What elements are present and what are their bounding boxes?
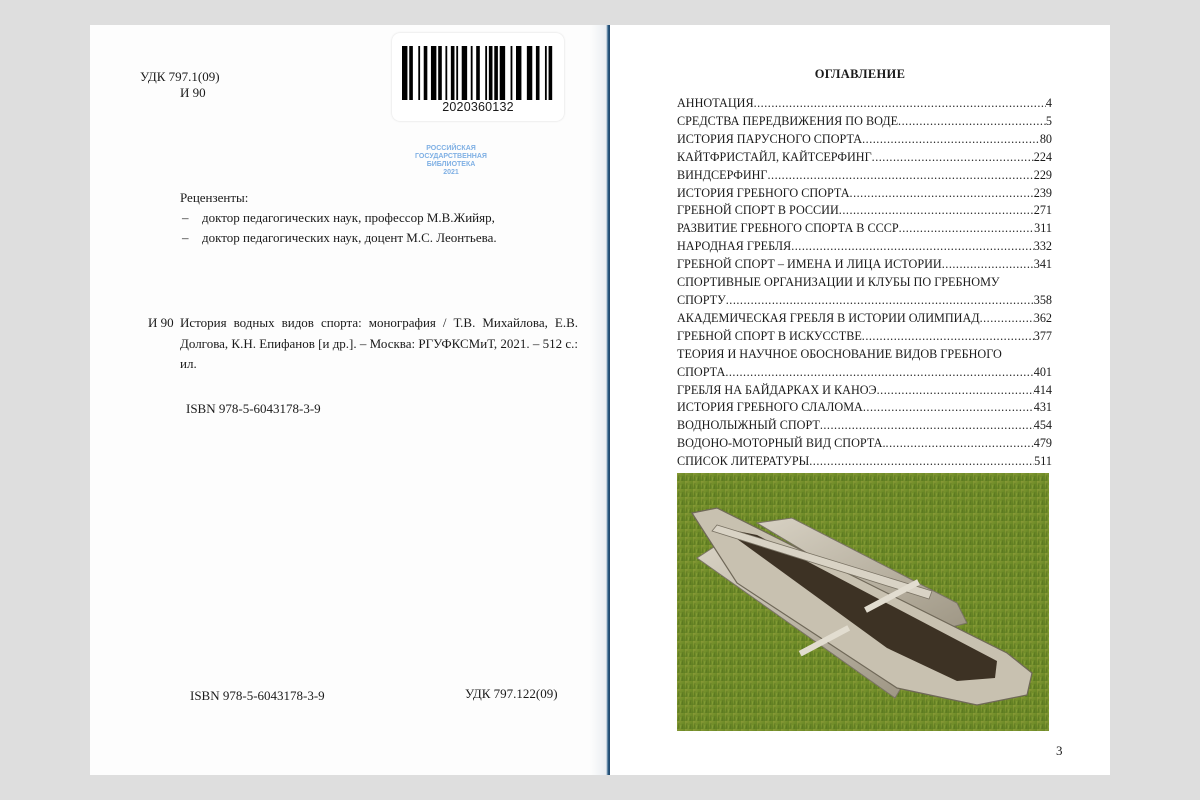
record-code: И 90 bbox=[148, 313, 174, 334]
leader-dots bbox=[877, 382, 1034, 400]
toc-entry-title: СПОРТИВНЫЕ ОРГАНИЗАЦИИ И КЛУБЫ ПО ГРЕБНО… bbox=[677, 274, 1052, 292]
toc-entry-page: 239 bbox=[1034, 185, 1052, 203]
toc-entry-page: 401 bbox=[1034, 364, 1052, 382]
toc-entry: НАРОДНАЯ ГРЕБЛЯ332 bbox=[677, 238, 1052, 256]
toc-entry: ВОДНОЛЫЖНЫЙ СПОРТ454 bbox=[677, 417, 1052, 435]
reviewer-text: доктор педагогических наук, профессор М.… bbox=[202, 210, 495, 225]
toc-entry-page: 511 bbox=[1034, 453, 1052, 471]
toc-entry-page: 377 bbox=[1034, 328, 1052, 346]
toc-entry: ВИНДСЕРФИНГ229 bbox=[677, 167, 1052, 185]
footer-isbn: ISBN 978-5-6043178-3-9 bbox=[190, 688, 325, 704]
stamp-line: БИБЛИОТЕКА bbox=[396, 161, 506, 169]
leader-dots bbox=[898, 113, 1046, 131]
toc-entry-title: ВОДОНО-МОТОРНЫЙ ВИД СПОРТА. bbox=[677, 435, 886, 453]
leader-dots bbox=[886, 435, 1034, 453]
toc-entry-page: 341 bbox=[1034, 256, 1052, 274]
reviewer-item: –доктор педагогических наук, доцент М.С.… bbox=[180, 228, 497, 248]
left-page: УДК 797.1(09) И 90 2020360132 РОССИЙСКАЯ… bbox=[90, 25, 610, 775]
toc-entry-page: 414 bbox=[1034, 382, 1052, 400]
udk-code: УДК 797.1(09) bbox=[140, 69, 220, 85]
toc-entry-page: 4 bbox=[1046, 95, 1052, 113]
toc-entry: СРЕДСТВА ПЕРЕДВИЖЕНИЯ ПО ВОДЕ5 bbox=[677, 113, 1052, 131]
leader-dots bbox=[754, 95, 1046, 113]
boat-photo-illustration bbox=[677, 473, 1049, 731]
toc-entry-page: 454 bbox=[1034, 417, 1052, 435]
toc-entry: ГРЕБЛЯ НА БАЙДАРКАХ И КАНОЭ414 bbox=[677, 382, 1052, 400]
toc-entry-page: 271 bbox=[1034, 202, 1052, 220]
toc-entry: СПИСОК ЛИТЕРАТУРЫ511 bbox=[677, 453, 1052, 471]
spine-shadow bbox=[590, 25, 606, 775]
toc-entry-page: 332 bbox=[1034, 238, 1052, 256]
leader-dots bbox=[820, 417, 1034, 435]
reviewer-text: доктор педагогических наук, доцент М.С. … bbox=[202, 230, 497, 245]
toc-entry-title: АННОТАЦИЯ bbox=[677, 95, 754, 113]
toc-entry-page: 5 bbox=[1046, 113, 1052, 131]
record-text: История водных видов спорта: монография … bbox=[180, 313, 578, 375]
toc-entry-title: ГРЕБНОЙ СПОРТ – ИМЕНА И ЛИЦА ИСТОРИИ bbox=[677, 256, 942, 274]
isbn: ISBN 978-5-6043178-3-9 bbox=[186, 401, 321, 417]
toc-entry-page: 431 bbox=[1034, 399, 1052, 417]
toc-entry-title: ГРЕБНОЙ СПОРТ В РОССИИ bbox=[677, 202, 839, 220]
book-spread: УДК 797.1(09) И 90 2020360132 РОССИЙСКАЯ… bbox=[90, 25, 1110, 775]
toc-entry: ИСТОРИЯ ГРЕБНОГО СЛАЛОМА431 bbox=[677, 399, 1052, 417]
toc-entry-title: АКАДЕМИЧЕСКАЯ ГРЕБЛЯ В ИСТОРИИ ОЛИМПИАД bbox=[677, 310, 980, 328]
stamp-line: 2021 bbox=[396, 169, 506, 177]
toc-entry-continuation: СПОРТУ358 bbox=[677, 292, 1052, 310]
toc-entry-title: ИСТОРИЯ ГРЕБНОГО СПОРТА bbox=[677, 185, 850, 203]
leader-dots bbox=[862, 328, 1034, 346]
toc-title: ОГЛАВЛЕНИЕ bbox=[610, 67, 1110, 82]
toc-entry-page: 80 bbox=[1040, 131, 1052, 149]
table-of-contents: АННОТАЦИЯ4СРЕДСТВА ПЕРЕДВИЖЕНИЯ ПО ВОДЕ5… bbox=[677, 95, 1052, 471]
toc-entry: ГРЕБНОЙ СПОРТ В РОССИИ271 bbox=[677, 202, 1052, 220]
toc-entry-page: 224 bbox=[1034, 149, 1052, 167]
toc-entry-title: РАЗВИТИЕ ГРЕБНОГО СПОРТА В СССР bbox=[677, 220, 899, 238]
list-dash: – bbox=[182, 228, 202, 248]
toc-entry: РАЗВИТИЕ ГРЕБНОГО СПОРТА В СССР311 bbox=[677, 220, 1052, 238]
toc-entry-page: 362 bbox=[1034, 310, 1052, 328]
reviewer-item: –доктор педагогических наук, профессор М… bbox=[180, 208, 497, 228]
toc-entry-title: ГРЕБНОЙ СПОРТ В ИСКУССТВЕ bbox=[677, 328, 862, 346]
bibliographic-record: И 90 История водных видов спорта: моногр… bbox=[148, 313, 578, 375]
toc-entry: АННОТАЦИЯ4 bbox=[677, 95, 1052, 113]
toc-entry-title: НАРОДНАЯ ГРЕБЛЯ bbox=[677, 238, 791, 256]
toc-entry: ИСТОРИЯ ГРЕБНОГО СПОРТА239 bbox=[677, 185, 1052, 203]
toc-entry: КАЙТФРИСТАЙЛ, КАЙТСЕРФИНГ224 bbox=[677, 149, 1052, 167]
leader-dots bbox=[725, 364, 1033, 382]
toc-entry-page: 479 bbox=[1034, 435, 1052, 453]
toc-entry-title: СПИСОК ЛИТЕРАТУРЫ bbox=[677, 453, 809, 471]
toc-entry: ИСТОРИЯ ПАРУСНОГО СПОРТА80 bbox=[677, 131, 1052, 149]
leader-dots bbox=[872, 149, 1034, 167]
reviewers-heading: Рецензенты: bbox=[180, 188, 497, 208]
library-stamp: РОССИЙСКАЯ ГОСУДАРСТВЕННАЯ БИБЛИОТЕКА 20… bbox=[396, 145, 506, 177]
toc-entry-title: КАЙТФРИСТАЙЛ, КАЙТСЕРФИНГ bbox=[677, 149, 872, 167]
right-page: ОГЛАВЛЕНИЕ АННОТАЦИЯ4СРЕДСТВА ПЕРЕДВИЖЕН… bbox=[610, 25, 1110, 775]
toc-entry-title: ИСТОРИЯ ГРЕБНОГО СЛАЛОМА bbox=[677, 399, 863, 417]
toc-entry: ВОДОНО-МОТОРНЫЙ ВИД СПОРТА.479 bbox=[677, 435, 1052, 453]
barcode-number: 2020360132 bbox=[392, 100, 564, 114]
toc-entry-page: 229 bbox=[1034, 167, 1052, 185]
leader-dots bbox=[809, 453, 1034, 471]
toc-entry-page: 358 bbox=[1034, 292, 1052, 310]
page-number: 3 bbox=[1056, 743, 1063, 759]
toc-entry-title: ГРЕБЛЯ НА БАЙДАРКАХ И КАНОЭ bbox=[677, 382, 877, 400]
toc-entry-continuation: СПОРТА401 bbox=[677, 364, 1052, 382]
toc-entry: СПОРТИВНЫЕ ОРГАНИЗАЦИИ И КЛУБЫ ПО ГРЕБНО… bbox=[677, 274, 1052, 310]
leader-dots bbox=[726, 292, 1034, 310]
reviewers-section: Рецензенты: –доктор педагогических наук,… bbox=[180, 188, 497, 248]
toc-entry-title: ИСТОРИЯ ПАРУСНОГО СПОРТА bbox=[677, 131, 862, 149]
toc-entry: АКАДЕМИЧЕСКАЯ ГРЕБЛЯ В ИСТОРИИ ОЛИМПИАД3… bbox=[677, 310, 1052, 328]
leader-dots bbox=[980, 310, 1034, 328]
toc-entry-title: СРЕДСТВА ПЕРЕДВИЖЕНИЯ ПО ВОДЕ bbox=[677, 113, 898, 131]
leader-dots bbox=[839, 202, 1034, 220]
stamp-line: ГОСУДАРСТВЕННАЯ bbox=[396, 153, 506, 161]
leader-dots bbox=[863, 399, 1034, 417]
dugout-boat-photo bbox=[677, 473, 1049, 731]
footer-udk: УДК 797.122(09) bbox=[465, 686, 558, 702]
toc-entry: ГРЕБНОЙ СПОРТ В ИСКУССТВЕ377 bbox=[677, 328, 1052, 346]
stamp-line: РОССИЙСКАЯ bbox=[396, 145, 506, 153]
list-dash: – bbox=[182, 208, 202, 228]
leader-dots bbox=[767, 167, 1033, 185]
toc-entry: ГРЕБНОЙ СПОРТ – ИМЕНА И ЛИЦА ИСТОРИИ341 bbox=[677, 256, 1052, 274]
toc-entry-title: ВИНДСЕРФИНГ bbox=[677, 167, 767, 185]
toc-entry: ТЕОРИЯ И НАУЧНОЕ ОБОСНОВАНИЕ ВИДОВ ГРЕБН… bbox=[677, 346, 1052, 382]
toc-entry-title: ВОДНОЛЫЖНЫЙ СПОРТ bbox=[677, 417, 820, 435]
author-mark: И 90 bbox=[140, 85, 220, 101]
toc-entry-page: 311 bbox=[1034, 220, 1052, 238]
barcode-label: 2020360132 bbox=[392, 33, 564, 121]
leader-dots bbox=[862, 131, 1040, 149]
leader-dots bbox=[791, 238, 1034, 256]
udk-classification: УДК 797.1(09) И 90 bbox=[140, 69, 220, 101]
barcode-icon bbox=[402, 46, 554, 100]
toc-entry-title-cont: СПОРТА bbox=[677, 364, 725, 382]
toc-entry-title-cont: СПОРТУ bbox=[677, 292, 726, 310]
leader-dots bbox=[899, 220, 1035, 238]
leader-dots bbox=[850, 185, 1034, 203]
toc-entry-title: ТЕОРИЯ И НАУЧНОЕ ОБОСНОВАНИЕ ВИДОВ ГРЕБН… bbox=[677, 346, 1052, 364]
leader-dots bbox=[942, 256, 1034, 274]
